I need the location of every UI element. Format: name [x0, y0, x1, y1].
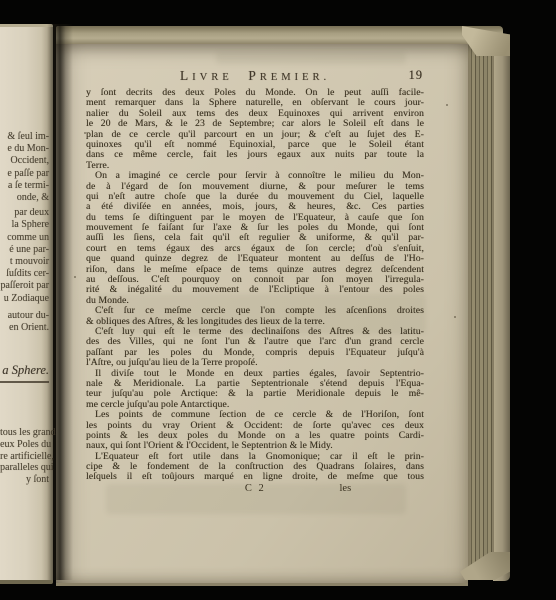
text-line: a été diviſée en années, mois, jours, & … [86, 202, 424, 212]
paper-speck [454, 316, 456, 318]
text-line: Il diviſe tout le Monde en deux parties … [86, 369, 424, 379]
paragraph: Il diviſe tout le Monde en deux parties … [86, 369, 424, 411]
text-line: Terre. [86, 161, 424, 171]
paragraph: L'Equateur eſt fort utile dans la Gnomon… [86, 452, 424, 483]
text-line: me cercle juſqu'au pole Antarctique. [86, 400, 424, 410]
fragment-line: Occident, [0, 155, 49, 167]
text-line: l'Aſtre, ou juſqu'au lieu de la Terre pr… [86, 358, 424, 368]
text-line: plan de ce cercle qu'il parcourt en un j… [86, 130, 424, 140]
head-word: Livre [180, 68, 233, 84]
text-line: y ſont decrits des deux Poles du Monde. … [86, 88, 424, 98]
text-line: riſon, dans le meſme eſpace de tems quin… [86, 265, 424, 275]
fragment-group: tous les grandseux Poles dure artificiel… [0, 427, 49, 485]
paragraph: On a imaginé ce cercle pour ſervir à con… [86, 171, 424, 306]
fragment-line: re artificielle, [0, 451, 49, 463]
text-line: qui n'eſt autre choſe que la durée du mo… [86, 192, 424, 202]
fragment-group: par deuxla Spherecomme uné une par-t mou… [0, 207, 49, 305]
text-line: points & les deux poles du Monde on a le… [86, 431, 424, 441]
paragraph: C'eſt luy qui eſt le terme des declinaiſ… [86, 327, 424, 369]
text-line: naux, qui ſont l'Orient & l'Occident, le… [86, 441, 424, 451]
fragment-line: u Zodiaque [0, 293, 49, 305]
text-line: teur juſqu'au pole Arctique: & la partie… [86, 389, 424, 399]
paragraph: Les points de commune ſection de ce cerc… [86, 410, 424, 452]
page-edge-stack [468, 42, 494, 580]
head-word: Premier. [248, 68, 330, 84]
text-line: ment remarquer dans la Sphere naturelle,… [86, 98, 424, 108]
section-heading-fragment: a Sphere. [0, 364, 49, 376]
text-line: C'eſt ſur ce meſme cercle que l'on compt… [86, 306, 424, 316]
running-head: Livre Premier. 19 [86, 68, 424, 84]
fragment-line: comme un [0, 232, 49, 244]
text-line: quinoxes qu'il eſt nommé Equinoxial, par… [86, 140, 424, 150]
fragment-line: a ſe termi- [0, 180, 49, 192]
text-line: court en tems égaux des arcs égaux de ſo… [86, 244, 424, 254]
text-line: le 20 de Mars, & le 23 de Septembre; car… [86, 119, 424, 129]
signature-line: C 2 les [86, 483, 424, 493]
text-line: nalier du Soleil aux tems des deux Equin… [86, 109, 424, 119]
section-rule [0, 381, 49, 383]
text-line: paſſant par les poles du Monde, compris … [86, 348, 424, 358]
fragment-line: e paſſe par [0, 168, 49, 180]
fragment-line: é une par- [0, 244, 49, 256]
paper-speck [74, 276, 76, 278]
text-line: auſſi les ſiens, cela fait qu'il eſt reg… [86, 233, 424, 243]
text-line: cipe & le fondement de la conſtruction d… [86, 462, 424, 472]
text-line: L'Equateur eſt fort utile dans la Gnomon… [86, 452, 424, 462]
text-line: des des Villes, qui ne ſont l'un & l'aut… [86, 337, 424, 347]
text-line: rité & inégalité du mouvement de l'Eclip… [86, 285, 424, 295]
book-top-edge [56, 26, 503, 45]
text-line: On a imaginé ce cercle pour ſervir à con… [86, 171, 424, 181]
fragment-line: paſſeroit par [0, 280, 49, 292]
text-line: Les points de commune ſection de ce cerc… [86, 410, 424, 420]
catchword: les [340, 483, 352, 494]
text-line: du Monde. [86, 296, 424, 306]
text-line: dans ce même cercle, fait les jours egau… [86, 150, 424, 160]
fragment-line: en Orient. [0, 322, 49, 334]
fragment-line: autour du- [0, 310, 49, 322]
fragment-line: par deux [0, 207, 49, 219]
fragment-line: onde, & [0, 192, 49, 204]
fragment-group: autour du-en Orient. [0, 310, 49, 334]
fragment-group: & ſeul im-e du Mon-Occident,e paſſe para… [0, 131, 49, 204]
text-line: mouvement ſe faiſant ſur l'axe & ſur les… [86, 223, 424, 233]
fragment-line: ſuſdits cer- [0, 268, 49, 280]
text-line: leſquels il eſt toûjours marqué en ligne… [86, 472, 424, 482]
page-number: 19 [409, 68, 424, 83]
paper-speck [446, 104, 448, 106]
facing-page: & ſeul im-e du Mon-Occident,e paſſe para… [0, 24, 53, 584]
ink-bleedthrough [216, 52, 406, 64]
text-line: nale & Meridionale. La partie Septentrio… [86, 379, 424, 389]
text-line: & obliques des Aſtres, & les longitudes … [86, 317, 424, 327]
fragment-line: eux Poles du [0, 439, 49, 451]
text-line: que quand quinze degrez de l'Equateur mo… [86, 254, 424, 264]
fragment-line: e du Mon- [0, 143, 49, 155]
text-line: de à l'égard de ſon mouvement diurne, & … [86, 182, 424, 192]
text-line: au deſſous. C'eſt pourquoy on connoit pa… [86, 275, 424, 285]
book-section-title: Livre Premier. [180, 68, 330, 84]
fragment-line: la Sphere [0, 219, 49, 231]
fragment-line: t mouvoir [0, 256, 49, 268]
paragraph: C'eſt ſur ce meſme cercle que l'on compt… [86, 306, 424, 327]
text-line: du tems ſe diſtinguent par le moyen de l… [86, 213, 424, 223]
printed-text-block: Livre Premier. 19 y ſont decrits des deu… [86, 68, 424, 493]
fragment-line: y ſont [0, 474, 49, 486]
fragment-line: paralleles qui [0, 462, 49, 474]
fragment-line: & ſeul im- [0, 131, 49, 143]
fragment-line: tous les grands [0, 427, 49, 439]
signature-mark: C 2 [245, 483, 266, 494]
facing-page-text-fragments: & ſeul im-e du Mon-Occident,e paſſe para… [0, 27, 53, 580]
text-line: C'eſt luy qui eſt le terme des declinaiſ… [86, 327, 424, 337]
page-text: y ſont decrits des deux Poles du Monde. … [86, 88, 424, 483]
paragraph: y ſont decrits des deux Poles du Monde. … [86, 88, 424, 171]
text-line: les points du vray Orient & Occident: de… [86, 421, 424, 431]
book-cover-edge [493, 38, 510, 581]
